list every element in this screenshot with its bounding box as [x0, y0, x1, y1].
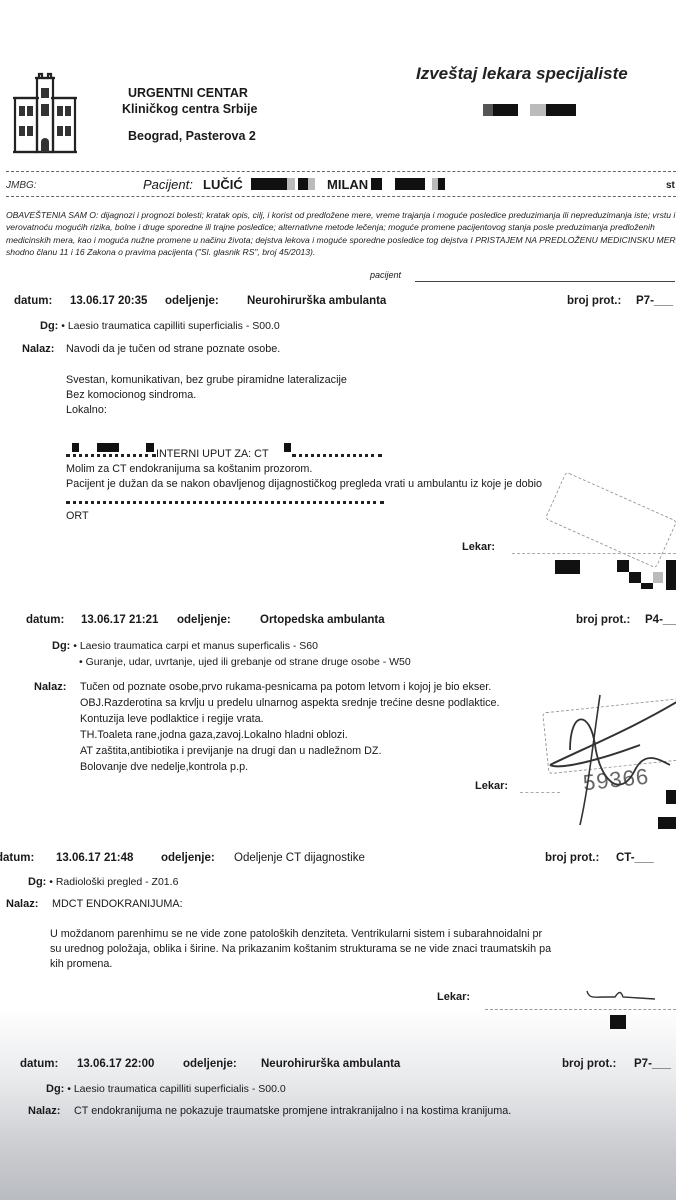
finding-line: Lokalno:	[66, 404, 107, 416]
entry-protocol: CT-___	[616, 852, 654, 864]
patient-first-name: MILAN	[327, 177, 368, 192]
diagnosis-item: • Laesio traumatica carpi et manus super…	[73, 640, 318, 652]
diagnosis-item: • Radiološki pregled - Z01.6	[49, 876, 178, 888]
entry-protocol: P7-___	[636, 295, 673, 307]
finding-line: Navodi da je tučen od strane poznate oso…	[66, 343, 280, 355]
department-label: odeljenje:	[165, 295, 219, 307]
redaction	[308, 178, 315, 190]
redaction	[287, 178, 295, 190]
patient-signature-line	[415, 281, 675, 282]
redaction	[658, 817, 676, 829]
entry-4-diagnosis: Dg: • Laesio traumatica capilliti superf…	[46, 1083, 286, 1095]
datum-label: datum:	[14, 295, 52, 307]
entry-date: 13.06.17 21:21	[81, 614, 158, 626]
divider	[6, 196, 676, 197]
patient-trailing-label: st	[666, 180, 675, 191]
jmbg-label: JMBG:	[6, 180, 37, 191]
finding-line: kih promena.	[50, 958, 112, 970]
redaction	[629, 572, 641, 583]
separator-dots	[66, 454, 156, 457]
department-label: odeljenje:	[161, 852, 215, 864]
doctor-signature-line	[485, 1009, 676, 1010]
entry-protocol: P7-___	[634, 1058, 671, 1070]
redaction	[395, 178, 425, 190]
separator-dots	[66, 501, 384, 504]
institution-name: URGENTNI CENTAR	[128, 86, 248, 100]
entry-2-diagnosis: Dg: • Laesio traumatica carpi et manus s…	[52, 640, 318, 652]
hospital-building-icon	[10, 72, 80, 154]
referral-footer: ORT	[66, 510, 89, 522]
redaction	[641, 583, 653, 589]
doctor-label: Lekar:	[475, 780, 508, 792]
findings-label: Nalaz:	[34, 681, 66, 693]
datum-label: datum:	[26, 614, 64, 626]
entry-date: 13.06.17 21:48	[56, 852, 133, 864]
finding-line: CT endokranijuma ne pokazuje traumatske …	[74, 1105, 511, 1117]
redaction	[251, 178, 287, 190]
redaction	[72, 443, 79, 452]
doctor-signature	[585, 985, 665, 1005]
redaction	[653, 572, 663, 583]
finding-line: MDCT ENDOKRANIJUMA:	[52, 898, 183, 910]
finding-line: Svestan, komunikativan, bez grube pirami…	[66, 374, 347, 386]
institution-subtitle: Kliničkog centra Srbije	[122, 102, 257, 116]
entry-3-diagnosis: Dg: • Radiološki pregled - Z01.6	[28, 876, 178, 888]
protocol-label: broj prot.:	[567, 295, 621, 307]
entry-date: 13.06.17 22:00	[77, 1058, 154, 1070]
protocol-label: broj prot.:	[562, 1058, 616, 1070]
entry-department: Neurohirurška ambulanta	[261, 1058, 400, 1070]
dg-label: Dg:	[52, 640, 70, 652]
finding-line: su urednog položaja, oblika i širine. Na…	[50, 943, 551, 955]
datum-label: datum:	[20, 1058, 58, 1070]
entry-department: Neurohirurška ambulanta	[247, 295, 386, 307]
findings-label: Nalaz:	[22, 343, 54, 355]
doctor-signature	[540, 690, 676, 830]
findings-label: Nalaz:	[28, 1105, 60, 1117]
referral-line: Pacijent je dužan da se nakon obavljenog…	[66, 478, 542, 490]
redaction	[298, 178, 308, 190]
redaction	[483, 104, 493, 116]
divider	[6, 171, 676, 172]
doctor-signature-line	[512, 553, 676, 554]
entry-department: Ortopedska ambulanta	[260, 614, 385, 626]
redaction	[617, 560, 629, 572]
patient-signature-label: pacijent	[370, 270, 401, 280]
finding-line: U moždanom parenhimu se ne vide zone pat…	[50, 928, 542, 940]
redaction	[666, 560, 676, 590]
findings-label: Nalaz:	[6, 898, 38, 910]
protocol-label: broj prot.:	[576, 614, 630, 626]
department-label: odeljenje:	[177, 614, 231, 626]
patient-label: Pacijent:	[143, 177, 193, 192]
redaction	[438, 178, 445, 190]
doctor-label: Lekar:	[462, 541, 495, 553]
protocol-label: broj prot.:	[545, 852, 599, 864]
dg-label: Dg:	[40, 320, 58, 332]
redaction	[666, 790, 676, 804]
entry-date: 13.06.17 20:35	[70, 295, 147, 307]
referral-line: Molim za CT endokranijuma sa koštanim pr…	[66, 463, 312, 475]
redaction	[610, 1015, 626, 1029]
institution-address: Beograd, Pasterova 2	[128, 129, 256, 143]
diagnosis-item: • Guranje, udar, uvrtanje, ujed ili greb…	[79, 656, 411, 668]
redaction	[284, 443, 291, 452]
department-label: odeljenje:	[183, 1058, 237, 1070]
finding-line: Bez komocionog sindroma.	[66, 389, 196, 401]
finding-line: OBJ.Razderotina sa krvlju u predelu ulna…	[80, 697, 500, 709]
redaction	[97, 443, 119, 452]
separator-dots	[292, 454, 382, 457]
doctor-label: Lekar:	[437, 991, 470, 1003]
finding-line: Bolovanje dve nedelje,kontrola p.p.	[80, 761, 248, 773]
finding-line: Kontuzija leve podlaktice i regije vrata…	[80, 713, 264, 725]
finding-line: Tučen od poznate osobe,prvo rukama-pesni…	[80, 681, 491, 693]
redaction	[371, 178, 382, 190]
entry-protocol: P4-___	[645, 614, 676, 626]
doctor-signature-line	[520, 792, 560, 793]
finding-line: AT zaštita,antibiotika i previjanje na d…	[80, 745, 381, 757]
redaction	[493, 104, 518, 116]
dg-label: Dg:	[46, 1083, 64, 1095]
redaction	[546, 104, 576, 116]
redaction	[555, 560, 580, 574]
patient-last-name: LUČIĆ	[203, 177, 243, 192]
report-title: Izveštaj lekara specijaliste	[416, 64, 628, 84]
redaction	[530, 104, 546, 116]
diagnosis-item: • Laesio traumatica capilliti superficia…	[61, 320, 279, 332]
dg-label: Dg:	[28, 876, 46, 888]
finding-line: TH.Toaleta rane,jodna gaza,zavoj.Lokalno…	[80, 729, 348, 741]
consent-statement: OBAVEŠTENIA SAM O: dijagnozi i prognozi …	[6, 209, 676, 259]
datum-label: datum:	[0, 852, 34, 864]
entry-1-diagnosis: Dg: • Laesio traumatica capilliti superf…	[40, 320, 280, 332]
diagnosis-item: • Laesio traumatica capilliti superficia…	[67, 1083, 285, 1095]
referral-title: INTERNI UPUT ZA: CT	[156, 448, 269, 460]
redaction	[146, 443, 154, 452]
entry-department: Odeljenje CT dijagnostike	[234, 852, 365, 864]
